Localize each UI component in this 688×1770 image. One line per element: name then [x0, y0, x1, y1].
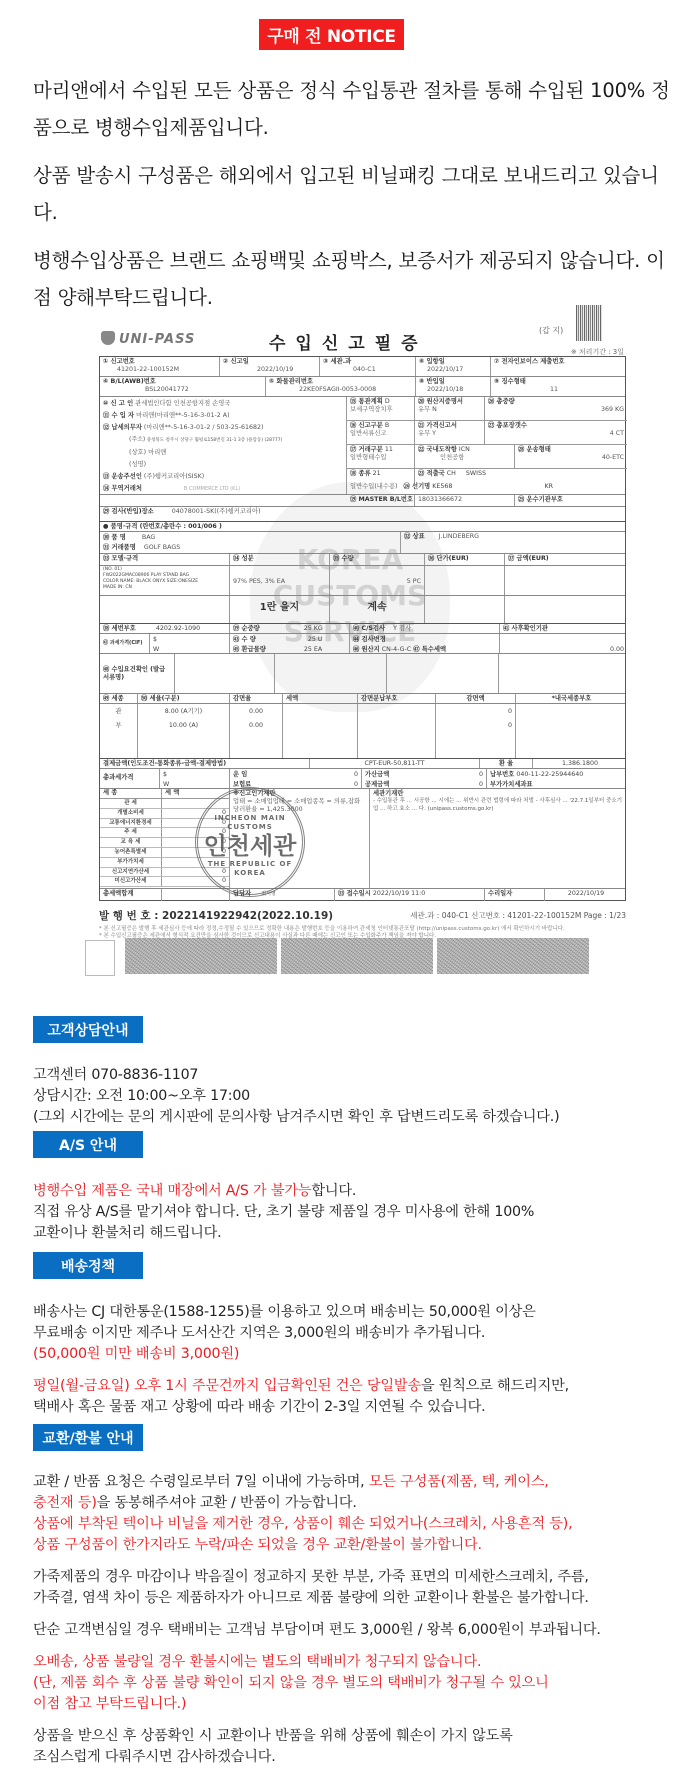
doc-row: ㉝ 모델·규격 ㉞ 성분 ㉟ 수량 ㊱ 단가(EUR) ㊲ 금액(EUR)	[100, 554, 625, 566]
shipping-text: 배송사는 CJ 대한통운(1588-1255)를 이용하고 있으며 배송비는 5…	[33, 1302, 673, 1418]
customs-seal-stamp: INCHEON MAIN CUSTOMS 인천세관 THE REPUBLIC O…	[195, 787, 305, 897]
section-label-as: A/S 안내	[33, 1131, 143, 1158]
hours-line: 상담시간: 오전 10:00~오후 17:00	[33, 1086, 673, 1107]
notice-paragraph: 상품 발송시 구성품은 해외에서 입고된 비닐패킹 그대로 보내드리고 있습니다…	[33, 157, 673, 231]
unipass-logo: UNI-PASS	[101, 331, 195, 347]
issue-meta: 세관.과 : 040-C1 신고번호 : 41201-22-100152M Pa…	[410, 910, 626, 921]
tax-table-header: ㊾ 세종 ㊿ 세율(구분) 감면율 세액 감면분납부호 감면액 *내국세종부호	[100, 694, 625, 704]
doc-row: ⑲ MASTER B/L번호 18031366672 ㉕ 운수기관부호	[100, 495, 625, 507]
doc-row: ㊷ 과세가격(CIF) $W ㊸ 수 량 25 U㊺ 환급물량 25 EA ㊹ …	[100, 634, 625, 654]
shield-icon	[101, 331, 115, 345]
doc-title: 수입신고필증	[269, 329, 428, 354]
customer-service-text: 고객센터 070-8836-1107 상담시간: 오전 10:00~오후 17:…	[33, 1065, 673, 1128]
doc-row: ① 신고번호41201-22-100152M ② 신고일2022/10/19 ③…	[100, 357, 625, 377]
import-declaration-certificate: UNI-PASS 수입신고필증 (갑 지) ※ 처리기간 : 3일 KOREA …	[99, 323, 626, 943]
doc-row: 결제금액(인도조건-통화종류-금액-결제방법) CPT-EUR-50,811-T…	[100, 759, 625, 769]
section-label-customer-service: 고객상담안내	[33, 1016, 143, 1043]
exchange-refund-text: 교환 / 반품 요청은 수령일로부터 7일 이내에 가능하며, 모든 구성품(제…	[33, 1472, 673, 1768]
hours-note: (그외 시간에는 문의 게시판에 문의사항 남겨주시면 확인 후 답변드리도록 …	[33, 1107, 673, 1128]
notice-intro: 마리앤에서 수입된 모든 상품은 정식 수입통관 절차를 통해 수입된 100%…	[33, 72, 673, 327]
doc-row: (NO. 01) FW2022GMAC08906 PLAY STAND BAG …	[100, 566, 625, 596]
doc-row: 총과세가격 $W 운 임0보험료0 가산금액0공제금액0 납부번호 040-11…	[100, 769, 625, 789]
2d-barcode	[281, 938, 433, 974]
as-text: 병행수입 제품은 국내 매장에서 A/S 가 불가능합니다. 직접 유상 A/S…	[33, 1181, 673, 1244]
notice-badge: 구매 전 NOTICE	[259, 19, 404, 50]
doc-row: ● 품명·규격 (란번호/총란수 : 001/006 )	[100, 522, 625, 532]
doc-row: ㊽ 수입요건확인 (발급서류명)	[100, 654, 625, 694]
barcode-strip	[85, 938, 626, 974]
copy-label: (갑 지)	[539, 325, 563, 336]
doc-table: KOREA CUSTOMS SERVICE ① 신고번호41201-22-100…	[99, 356, 626, 901]
2d-barcode	[437, 938, 589, 974]
issue-number: 발 행 번 호 : 2022141922942(2022.10.19)	[99, 910, 333, 922]
issue-info: 발 행 번 호 : 2022141922942(2022.10.19) 세관.과…	[99, 908, 626, 940]
doc-party-block: ⑩ 신 고 인 관세법인다함 인천공항지점 손영국 ⑪ 수 입 자 마리앤(마리…	[100, 397, 625, 495]
barcode	[576, 305, 602, 341]
doc-row: ④ B/L(AWB)번호BSL20041772 ⑤ 화물관리번호22KE0FSA…	[100, 377, 625, 397]
notice-paragraph: 마리앤에서 수입된 모든 상품은 정식 수입통관 절차를 통해 수입된 100%…	[33, 72, 673, 146]
phone-line: 고객센터 070-8836-1107	[33, 1065, 673, 1086]
doc-row: ㊳ 세번부호 4202.92-1090 ㊴ 순중량 25 KG ㊵ C/S검사 …	[100, 624, 625, 634]
2d-barcode	[125, 938, 277, 974]
tax-table-body: 관부 8.00 (A기기)10.00 (A) 0.000.00 00	[100, 704, 625, 759]
section-label-shipping: 배송정책	[33, 1252, 143, 1279]
doc-row: 1란 을지 계속	[100, 596, 625, 624]
tax-summary-block: 세 종세 액 관 세개별소비세0교통에너지환경세0주 세0교 육 세0농어촌특별…	[100, 789, 625, 889]
doc-row: ㉚ 품 명 BAG ㉛ 거래품명 GOLF BAGS ㉜ 상표 J.LINDEB…	[100, 532, 625, 554]
section-label-exchange-refund: 교환/환불 안내	[33, 1424, 143, 1451]
doc-row: 총세액합계 담당자 최서영 ㉝ 접수일시 2022/10/19 11:0 수리일…	[100, 889, 625, 901]
barcode-box	[85, 940, 115, 976]
doc-row: ㉙ 검사(반입)장소 04078001-SK((주)쉥커코리아)	[100, 507, 625, 522]
